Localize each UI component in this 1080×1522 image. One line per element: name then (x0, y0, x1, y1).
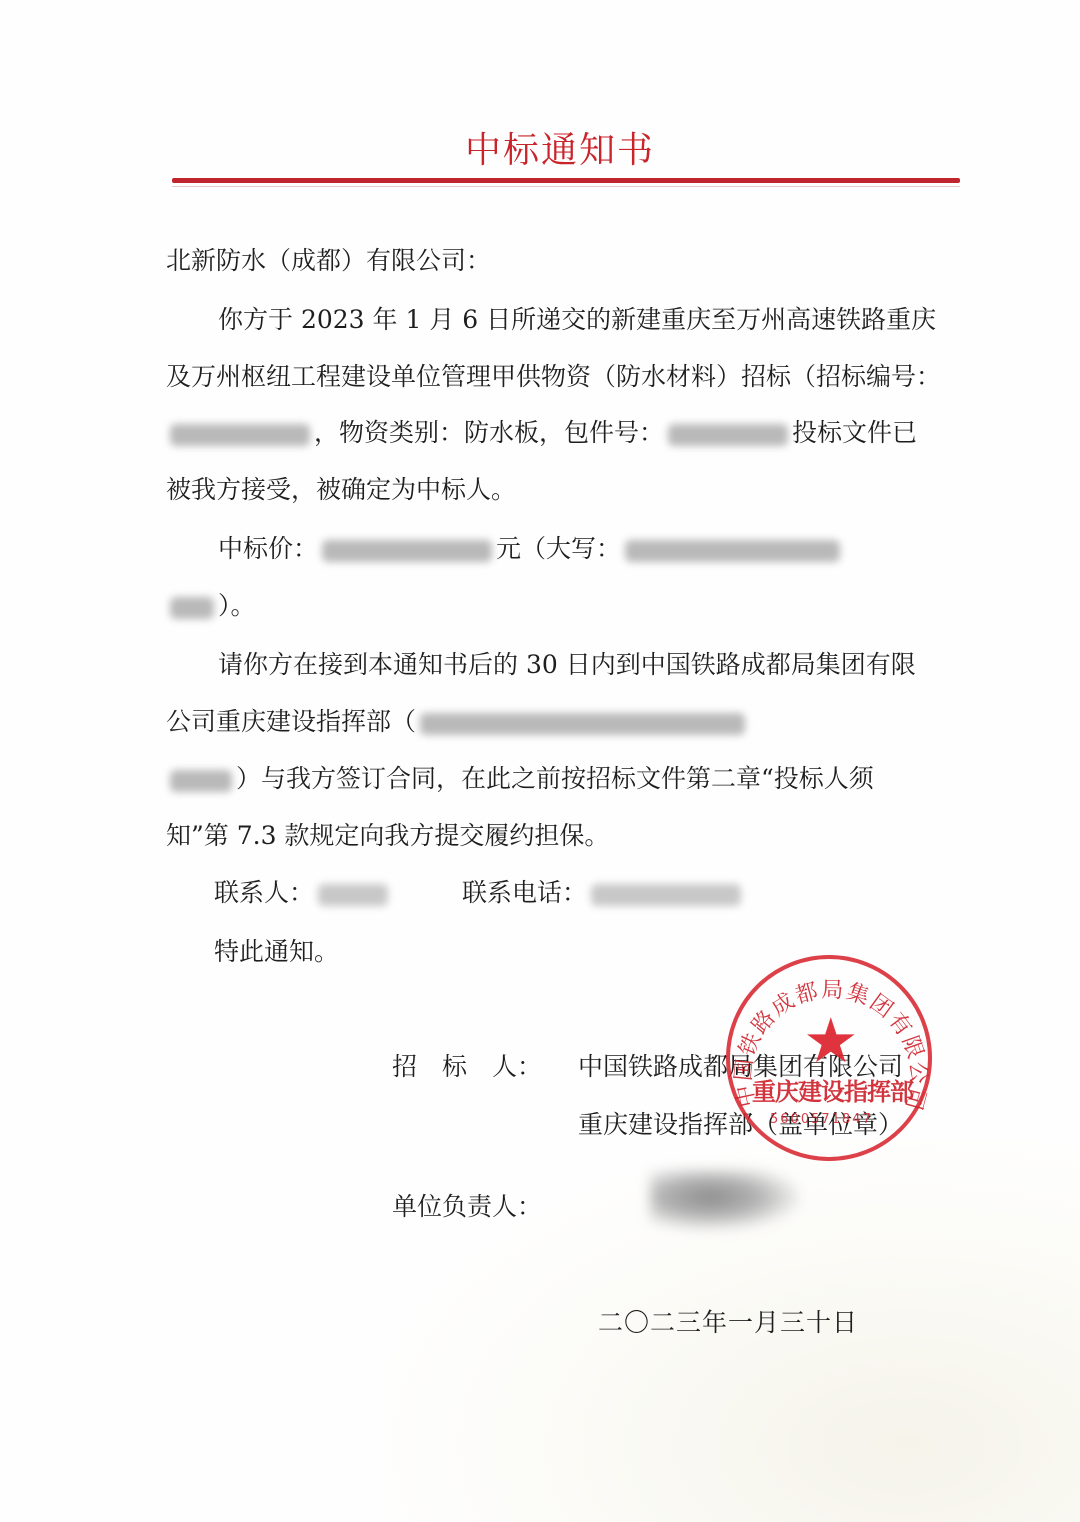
paragraph1-line1: 你方于 2023 年 1 月 6 日所递交的新建重庆至万州高速铁路重庆 (218, 303, 936, 337)
redacted-package-number (668, 424, 788, 446)
seal-star-icon: ★ (803, 1010, 859, 1072)
redacted-tender-number (170, 424, 310, 446)
price-line: 中标价：元（大写： (218, 532, 844, 566)
paragraph2-line2: 公司重庆建设指挥部（ (166, 705, 749, 739)
paragraph1-line4: 被我方接受，被确定为中标人。 (166, 473, 516, 507)
redacted-address (420, 713, 745, 735)
material-category-text: ，物资类别：防水板，包件号： (314, 418, 664, 447)
redacted-price-words (625, 540, 840, 562)
paragraph2-line4: 知”第 7.3 款规定向我方提交履约担保。 (166, 819, 609, 853)
paragraph1-line3: ，物资类别：防水板，包件号：投标文件已 (166, 416, 917, 450)
redacted-price-words-cont (170, 597, 214, 619)
tenderer-label: 招 标 人： (392, 1050, 542, 1084)
redacted-contact-person (318, 884, 388, 906)
paragraph2-line2-text: 公司重庆建设指挥部（ (166, 707, 416, 736)
closing-text: 特此通知。 (214, 935, 339, 969)
price-line2: ）。 (166, 589, 256, 623)
document-title: 中标通知书 (0, 122, 1080, 173)
title-rule-red (172, 178, 960, 183)
paragraph2-line3-text: ）与我方签订合同，在此之前按招标文件第二章“投标人须 (236, 764, 874, 793)
paragraph2-line3: ）与我方签订合同，在此之前按招标文件第二章“投标人须 (166, 762, 874, 796)
seal-inner-text: 重庆建设指挥部 (752, 1072, 913, 1107)
contact-phone-label: 联系电话： (462, 878, 587, 907)
addressee: 北新防水（成都）有限公司： (166, 244, 491, 278)
issue-date: 二〇二三年一月三十日 (598, 1306, 858, 1340)
redacted-contact-phone (591, 884, 741, 906)
bid-accepted-text: 投标文件已 (792, 418, 917, 447)
redacted-address-cont (170, 770, 232, 792)
contact-person-label: 联系人： (214, 878, 314, 907)
paragraph2-line1: 请你方在接到本通知书后的 30 日内到中国铁路成都局集团有限 (218, 648, 916, 682)
price-line2-end: ）。 (218, 591, 256, 620)
redacted-price-amount (322, 540, 492, 562)
title-rule-thin (172, 186, 960, 187)
contact-line: 联系人：联系电话： (214, 876, 745, 910)
seal-code: 5600571847 (770, 1112, 873, 1127)
price-label: 中标价： (218, 534, 318, 563)
redacted-signature (650, 1170, 800, 1230)
responsible-person-label: 单位负责人： (392, 1190, 542, 1224)
price-unit: 元（大写： (496, 534, 621, 563)
paragraph1-line2: 及万州枢纽工程建设单位管理甲供物资（防水材料）招标（招标编号： (166, 360, 941, 394)
